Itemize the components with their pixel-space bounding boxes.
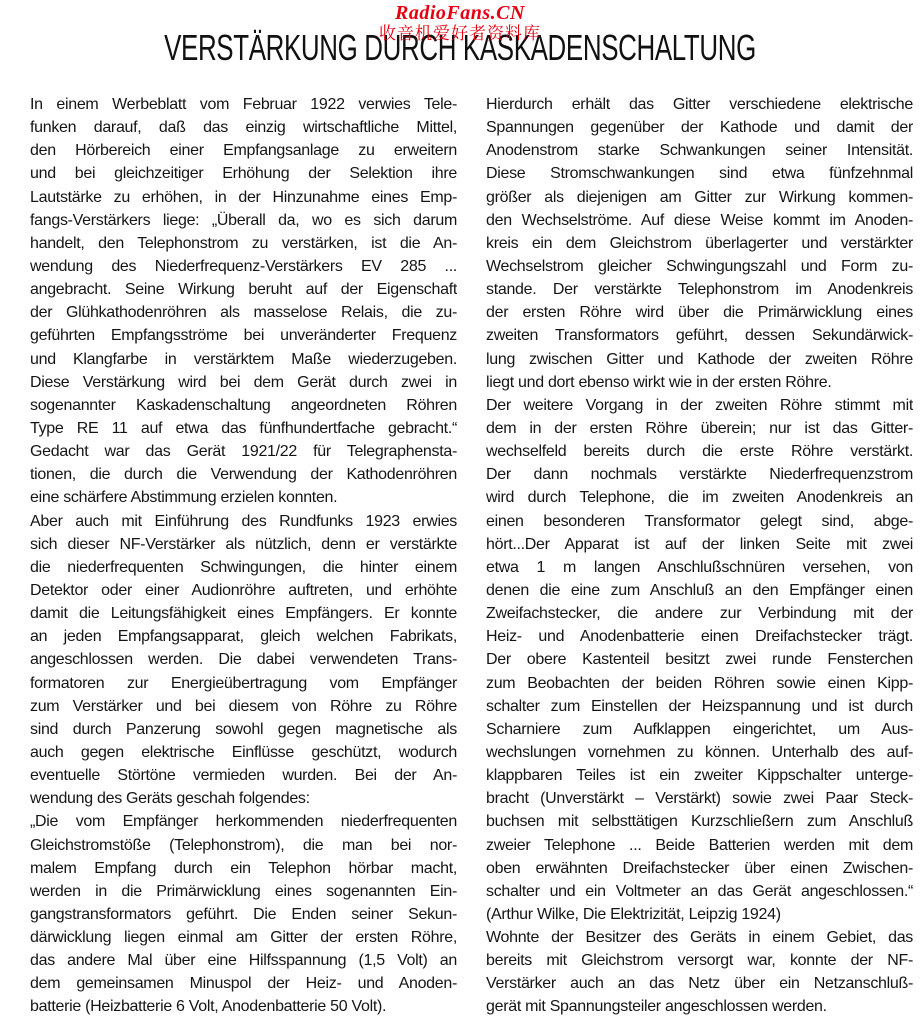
- text-line: dem in der ersten Röhre überein; nur ist…: [486, 417, 913, 440]
- text-line: Aber auch mit Einführung des Rundfunks 1…: [30, 510, 457, 533]
- text-line: auch gegen elektrische Einflüsse geschüt…: [30, 741, 457, 764]
- text-line: hört...Der Apparat ist auf der linken Se…: [486, 533, 913, 556]
- text-line: stande. Der verstärkte Telephonstrom im …: [486, 278, 913, 301]
- text-line: den Hörbereich einer Empfangsanlage zu e…: [30, 139, 457, 162]
- text-line: Zweifachstecker, die andere zur Verbindu…: [486, 602, 913, 625]
- text-line: funken darauf, daß das einzig wirtschaft…: [30, 116, 457, 139]
- text-line: Gleichstromstöße (Telephonstrom), die ma…: [30, 834, 457, 857]
- text-line: formatoren zur Energieübertragung vom Em…: [30, 672, 457, 695]
- text-line: Gedacht war das Gerät 1921/22 für Telegr…: [30, 440, 457, 463]
- text-line: därwicklung liegen einmal am Gitter der …: [30, 926, 457, 949]
- text-line: Type RE 11 auf etwa das fünfhundertfache…: [30, 417, 457, 440]
- text-line: lung zwischen Gitter und Kathode der zwe…: [486, 348, 913, 371]
- text-line: bereits mit Gleichstrom versorgt war, ko…: [486, 949, 913, 972]
- text-line: eventuelle Störtöne vermieden wurden. Be…: [30, 764, 457, 787]
- watermark-site-name: RadioFans.CN: [0, 3, 920, 23]
- text-line: werden in die Primärwicklung eines sogen…: [30, 880, 457, 903]
- text-line: malem Empfang durch ein Telephon hörbar …: [30, 857, 457, 880]
- text-line: klappbaren Teiles ist ein zweiter Kippsc…: [486, 764, 913, 787]
- text-line: Der dann nochmals verstärkte Niederfrequ…: [486, 463, 913, 486]
- text-line: eine schärfere Abstimmung erzielen konnt…: [30, 486, 457, 509]
- text-line: tionen, die durch die Verwendung der Kat…: [30, 463, 457, 486]
- text-line: Der weitere Vorgang in der zweiten Röhre…: [486, 394, 913, 417]
- text-line: Spannungen gegenüber der Kathode und dam…: [486, 116, 913, 139]
- text-line: denen die eine zum Anschluß an den Empfä…: [486, 579, 913, 602]
- text-line: In einem Werbeblatt vom Februar 1922 ver…: [30, 93, 457, 116]
- text-line: zweier Telephone ... Beide Batterien wer…: [486, 834, 913, 857]
- text-line: handelt, den Telephonstrom zu verstärken…: [30, 232, 457, 255]
- text-line: bracht (Unverstärkt – Verstärkt) sowie z…: [486, 787, 913, 810]
- text-line: Detektor oder einer Audionröhre auftrete…: [30, 579, 457, 602]
- column-left: In einem Werbeblatt vom Februar 1922 ver…: [30, 93, 457, 1019]
- text-line: das andere Mal über eine Hilfsspannung (…: [30, 949, 457, 972]
- text-line: Verstärker auch an das Netz über ein Net…: [486, 972, 913, 995]
- text-line: die niederfrequenten Schwingungen, die h…: [30, 556, 457, 579]
- text-line: wendung des Geräts geschah folgendes:: [30, 787, 457, 810]
- text-line: Scharniere zum Aufklappen eingerichtet, …: [486, 718, 913, 741]
- text-line: und bei gleichzeitiger Erhöhung der Sele…: [30, 162, 457, 185]
- text-line: einen besonderen Transformator gelegt si…: [486, 510, 913, 533]
- text-line: Wechselstrom gleicher Schwingungszahl un…: [486, 255, 913, 278]
- text-line: Anodenstrom starke Schwankungen seiner I…: [486, 139, 913, 162]
- text-line: batterie (Heizbatterie 6 Volt, Anodenbat…: [30, 995, 457, 1018]
- text-line: sogenannter Kaskadenschaltung angeordnet…: [30, 394, 457, 417]
- text-line: schalter zum Einstellen der Heizspannung…: [486, 695, 913, 718]
- text-line: „Die vom Empfänger herkommenden niederfr…: [30, 810, 457, 833]
- column-right: Hierdurch erhält das Gitter verschiedene…: [486, 93, 913, 1019]
- watermark-chinese-text: 收音机爱好者资料库: [0, 25, 920, 42]
- text-line: angeschlossen werden. Die dabei verwende…: [30, 648, 457, 671]
- text-line: der Glühkathodenröhren als masselose Rel…: [30, 301, 457, 324]
- page: { "watermark": { "line1": "RadioFans.CN"…: [0, 0, 920, 1027]
- text-line: sich dieser NF-Verstärker als nützlich, …: [30, 533, 457, 556]
- text-line: der ersten Röhre wird über die Primärwic…: [486, 301, 913, 324]
- text-line: wechselfeld bereits durch die erste Röhr…: [486, 440, 913, 463]
- text-line: (Arthur Wilke, Die Elektrizität, Leipzig…: [486, 903, 913, 926]
- text-line: zum Verstärker und bei diesem von Röhre …: [30, 695, 457, 718]
- text-line: Diese Stromschwankungen sind etwa fünfze…: [486, 162, 913, 185]
- text-line: dem gemeinsamen Minuspol der Heiz- und A…: [30, 972, 457, 995]
- content-columns: In einem Werbeblatt vom Februar 1922 ver…: [30, 93, 913, 1019]
- text-line: sind durch Panzerung sowohl gegen magnet…: [30, 718, 457, 741]
- text-line: geführten Empfangsströme bei unverändert…: [30, 324, 457, 347]
- text-line: Diese Verstärkung wird bei dem Gerät dur…: [30, 371, 457, 394]
- text-line: oben erwähnten Dreifachstecker über eine…: [486, 857, 913, 880]
- text-line: wechslungen vornehmen zu können. Unterha…: [486, 741, 913, 764]
- text-line: wird durch Telephone, die im zweiten Ano…: [486, 486, 913, 509]
- text-line: Heiz- und Anodenbatterie einen Dreifachs…: [486, 625, 913, 648]
- text-line: zweiten Transformators geführt, dessen S…: [486, 324, 913, 347]
- text-line: gerät mit Spannungsteiler angeschlossen …: [486, 995, 913, 1018]
- text-line: schalter und ein Voltmeter an das Gerät …: [486, 880, 913, 903]
- text-line: gangstransformators geführt. Die Enden s…: [30, 903, 457, 926]
- text-line: zum Beobachten der beiden Röhren sowie e…: [486, 672, 913, 695]
- text-line: fangs-Verstärkers liege: „Überall da, wo…: [30, 209, 457, 232]
- text-line: wendung des Niederfrequenz-Verstärkers E…: [30, 255, 457, 278]
- text-line: größer als diejenigen am Gitter zur Wirk…: [486, 186, 913, 209]
- text-line: buchsen mit selbsttätigen Kurzschließern…: [486, 810, 913, 833]
- text-line: Hierdurch erhält das Gitter verschiedene…: [486, 93, 913, 116]
- text-line: an jeden Empfangsapparat, gleich welchen…: [30, 625, 457, 648]
- text-line: liegt und dort ebenso wirkt wie in der e…: [486, 371, 913, 394]
- text-line: den Wechselströme. Auf diese Weise kommt…: [486, 209, 913, 232]
- text-line: etwa 1 m langen Anschlußschnüren versehe…: [486, 556, 913, 579]
- text-line: angebracht. Seine Wirkung beruht auf der…: [30, 278, 457, 301]
- text-line: und Klangfarbe in verstärktem Maße wiede…: [30, 348, 457, 371]
- text-line: Wohnte der Besitzer des Geräts in einem …: [486, 926, 913, 949]
- text-line: Lautstärke zu erhöhen, in der Hinzunahme…: [30, 186, 457, 209]
- text-line: kreis ein dem Gleichstrom überlagerter u…: [486, 232, 913, 255]
- watermark: RadioFans.CN 收音机爱好者资料库: [0, 3, 920, 42]
- text-line: Der obere Kastenteil besitzt zwei runde …: [486, 648, 913, 671]
- text-line: damit die Leitungsfähigkeit eines Empfän…: [30, 602, 457, 625]
